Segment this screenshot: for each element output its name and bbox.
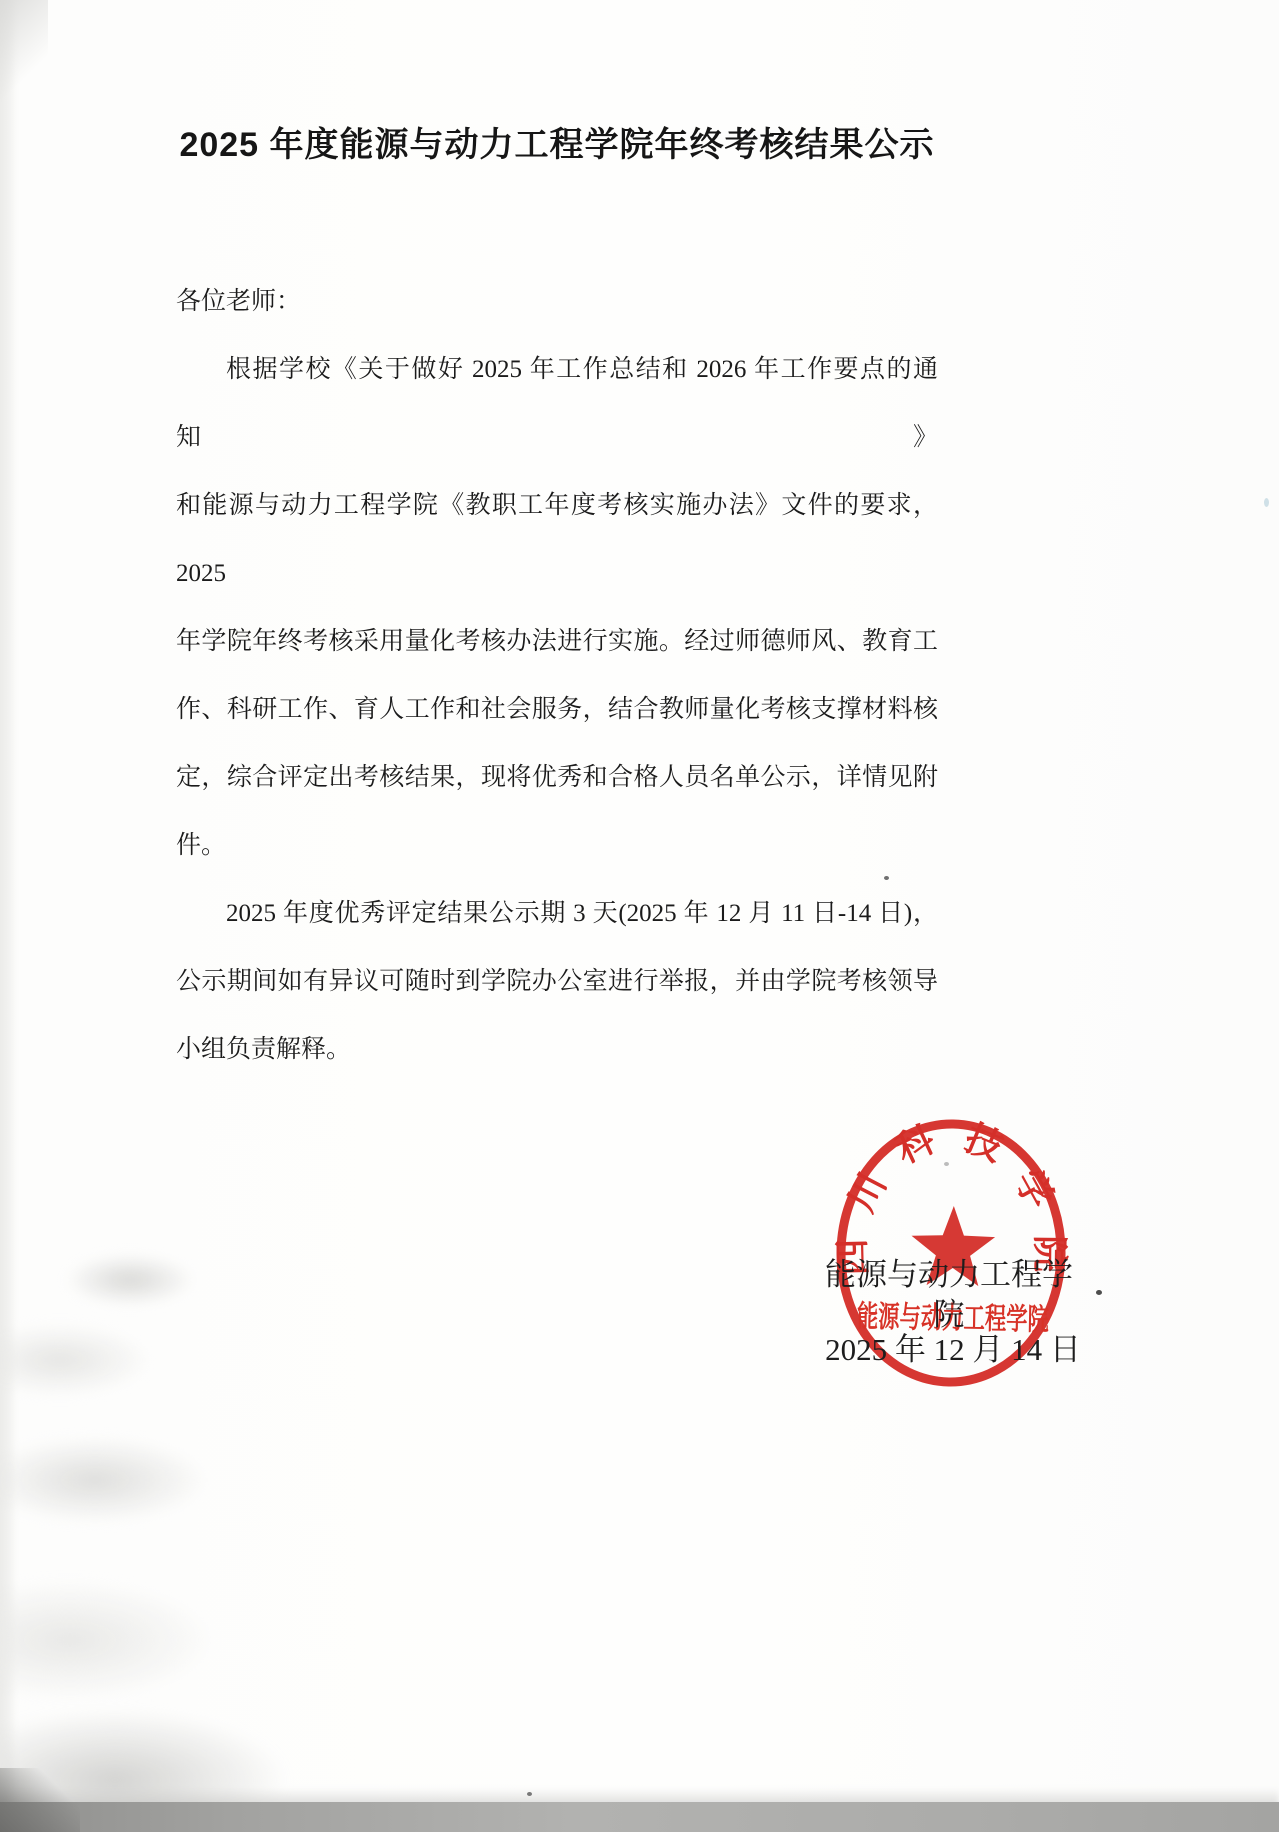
document-body: 各位老师： 根据学校《关于做好 2025 年工作总结和 2026 年工作要点的通… — [176, 268, 938, 1084]
body-line: 2025 年度优秀评定结果公示期 3 天(2025 年 12 月 11 日-14… — [176, 880, 938, 948]
signature-org: 能源与动力工程学院 — [810, 1255, 1088, 1295]
body-line: 根据学校《关于做好 2025 年工作总结和 2026 年工作要点的通知》 — [176, 336, 938, 472]
salutation: 各位老师： — [176, 268, 938, 336]
scan-corner-bottom-shadow — [0, 1768, 80, 1832]
paper-crumple-shadow — [0, 1210, 300, 1832]
ink-speck — [1096, 1290, 1102, 1295]
body-line: 公示期间如有异议可随时到学院办公室进行举报，并由学院考核领导 — [176, 948, 938, 1016]
document-title: 2025 年度能源与动力工程学院年终考核结果公示 — [176, 126, 938, 164]
ink-speck — [944, 1162, 949, 1166]
body-line: 小组负责解释。 — [176, 1016, 938, 1084]
ink-speck — [884, 876, 889, 880]
body-line: 定，综合评定出考核结果，现将优秀和合格人员名单公示，详情见附 — [176, 744, 938, 812]
body-line: 年学院年终考核采用量化考核办法进行实施。经过师德师风、教育工 — [176, 608, 938, 676]
scan-bottom-band — [0, 1802, 1279, 1832]
ink-speck — [1264, 498, 1269, 507]
body-line: 件。 — [176, 812, 938, 880]
scanned-document-page: 2025 年度能源与动力工程学院年终考核结果公示 各位老师： 根据学校《关于做好… — [0, 0, 1279, 1832]
ink-speck — [527, 1792, 532, 1796]
body-line: 和能源与动力工程学院《教职工年度考核实施办法》文件的要求，2025 — [176, 472, 938, 608]
body-line: 作、科研工作、育人工作和社会服务，结合教师量化考核支撑材料核 — [176, 676, 938, 744]
scan-corner-shadow — [0, 0, 48, 112]
signature-date: 2025 年 12 月 14 日 — [812, 1330, 1094, 1370]
